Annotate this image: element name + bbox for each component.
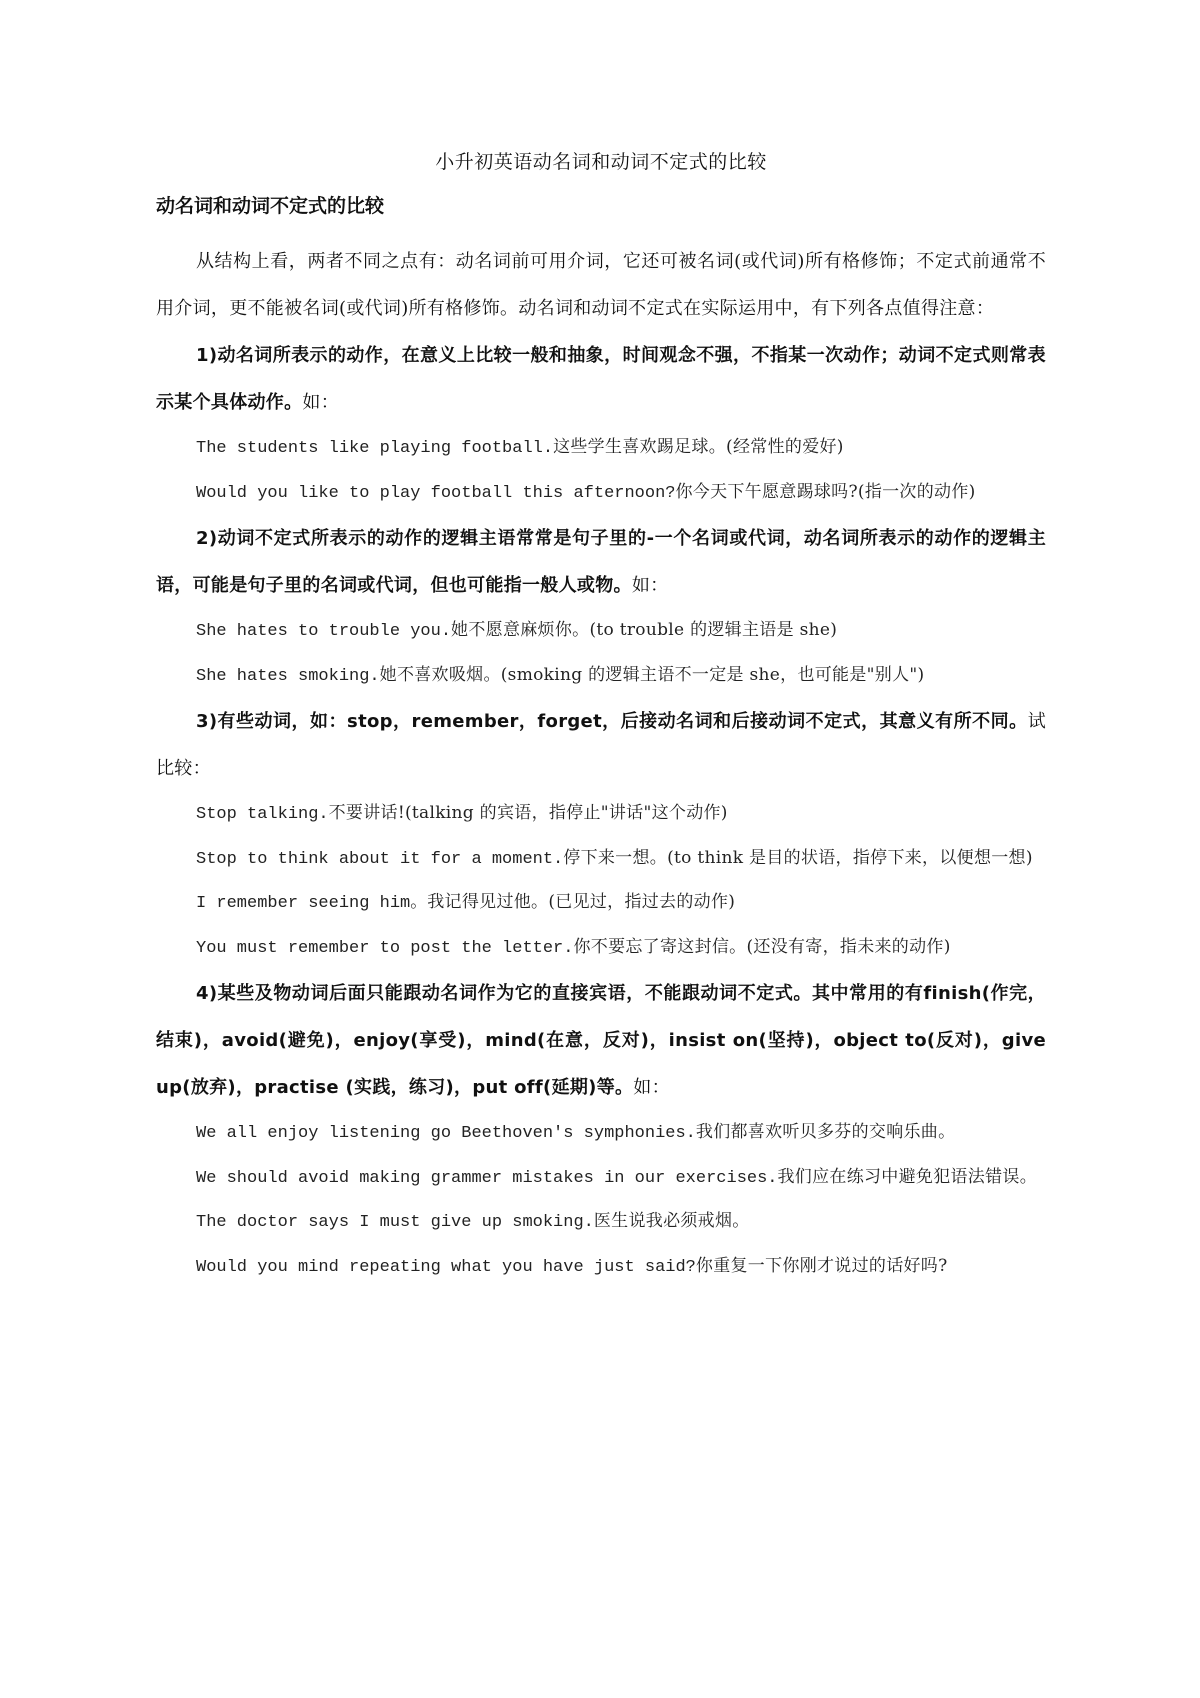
point-4: 4)某些及物动词后面只能跟动名词作为它的直接宾语，不能跟动词不定式。其中常用的有… bbox=[156, 970, 1046, 1111]
example-1-1: The students like playing football.这些学生喜… bbox=[156, 426, 1046, 471]
example-3-2: Stop to think about it for a moment.停下来一… bbox=[156, 837, 1046, 882]
example-cn: 医生说我必须戒烟。 bbox=[594, 1211, 750, 1231]
example-cn: 这些学生喜欢踢足球。(经常性的爱好) bbox=[553, 437, 844, 457]
example-2-2: She hates smoking.她不喜欢吸烟。(smoking 的逻辑主语不… bbox=[156, 654, 1046, 699]
section-heading: 动名词和动词不定式的比较 bbox=[156, 194, 1046, 218]
point-2-text: 2)动词不定式所表示的动作的逻辑主语常常是句子里的-一个名词或代词，动名词所表示… bbox=[156, 528, 1046, 596]
point-1-text: 1)动名词所表示的动作，在意义上比较一般和抽象，时间观念不强，不指某一次动作；动… bbox=[156, 345, 1046, 413]
example-cn: 我们都喜欢听贝多芬的交响乐曲。 bbox=[696, 1122, 956, 1142]
example-4-1: We all enjoy listening go Beethoven's sy… bbox=[156, 1111, 1046, 1156]
example-4-3: The doctor says I must give up smoking.医… bbox=[156, 1200, 1046, 1245]
example-cn: 你重复一下你刚才说过的话好吗? bbox=[696, 1256, 948, 1276]
example-cn: 她不愿意麻烦你。(to trouble 的逻辑主语是 she) bbox=[451, 620, 837, 640]
example-en: We should avoid making grammer mistakes … bbox=[196, 1169, 778, 1188]
example-cn: 你不要忘了寄这封信。(还没有寄，指未来的动作) bbox=[573, 937, 950, 957]
example-en: We all enjoy listening go Beethoven's sy… bbox=[196, 1124, 696, 1143]
example-en: She hates smoking. bbox=[196, 667, 380, 686]
intro-paragraph: 从结构上看，两者不同之点有：动名词前可用介词，它还可被名词(或代词)所有格修饰；… bbox=[156, 238, 1046, 332]
example-en: Would you like to play football this aft… bbox=[196, 484, 675, 503]
example-en: The students like playing football. bbox=[196, 439, 553, 458]
example-en: The doctor says I must give up smoking. bbox=[196, 1213, 594, 1232]
example-2-1: She hates to trouble you.她不愿意麻烦你。(to tro… bbox=[156, 609, 1046, 654]
example-en: Stop to think about it for a moment. bbox=[196, 850, 563, 869]
point-1-suffix: 如： bbox=[302, 392, 339, 413]
point-2-suffix: 如： bbox=[632, 575, 669, 596]
point-4-suffix: 如： bbox=[633, 1077, 670, 1098]
example-3-4: You must remember to post the letter.你不要… bbox=[156, 926, 1046, 971]
example-cn: 我记得见过他。(已见过，指过去的动作) bbox=[427, 892, 735, 912]
example-cn: 停下来一想。(to think 是目的状语，指停下来，以便想一想) bbox=[563, 848, 1033, 868]
example-1-2: Would you like to play football this aft… bbox=[156, 471, 1046, 516]
document-title: 小升初英语动名词和动词不定式的比较 bbox=[156, 150, 1046, 174]
example-3-1: Stop talking.不要讲话!(talking 的宾语，指停止"讲话"这个… bbox=[156, 792, 1046, 837]
example-en: She hates to trouble you. bbox=[196, 622, 451, 641]
example-cn: 她不喜欢吸烟。(smoking 的逻辑主语不一定是 she，也可能是"别人") bbox=[380, 665, 925, 685]
example-cn: 你今天下午愿意踢球吗?(指一次的动作) bbox=[675, 482, 975, 502]
example-3-3: I remember seeing him。我记得见过他。(已见过，指过去的动作… bbox=[156, 881, 1046, 926]
example-4-2: We should avoid making grammer mistakes … bbox=[156, 1156, 1046, 1201]
document-page: 小升初英语动名词和动词不定式的比较 动名词和动词不定式的比较 从结构上看，两者不… bbox=[156, 150, 1046, 1289]
example-en: Would you mind repeating what you have j… bbox=[196, 1258, 696, 1277]
example-cn: 我们应在练习中避免犯语法错误。 bbox=[778, 1167, 1038, 1187]
example-en: Stop talking. bbox=[196, 805, 329, 824]
point-1: 1)动名词所表示的动作，在意义上比较一般和抽象，时间观念不强，不指某一次动作；动… bbox=[156, 332, 1046, 426]
example-en: I remember seeing him。 bbox=[196, 894, 427, 913]
example-cn: 不要讲话!(talking 的宾语，指停止"讲话"这个动作) bbox=[329, 803, 728, 823]
point-2: 2)动词不定式所表示的动作的逻辑主语常常是句子里的-一个名词或代词，动名词所表示… bbox=[156, 515, 1046, 609]
point-3: 3)有些动词，如：stop，remember，forget，后接动名词和后接动词… bbox=[156, 698, 1046, 792]
point-3-text: 3)有些动词，如：stop，remember，forget，后接动名词和后接动词… bbox=[196, 711, 1028, 732]
point-4-text: 4)某些及物动词后面只能跟动名词作为它的直接宾语，不能跟动词不定式。其中常用的有… bbox=[156, 983, 1046, 1098]
example-en: You must remember to post the letter. bbox=[196, 939, 573, 958]
example-4-4: Would you mind repeating what you have j… bbox=[156, 1245, 1046, 1290]
